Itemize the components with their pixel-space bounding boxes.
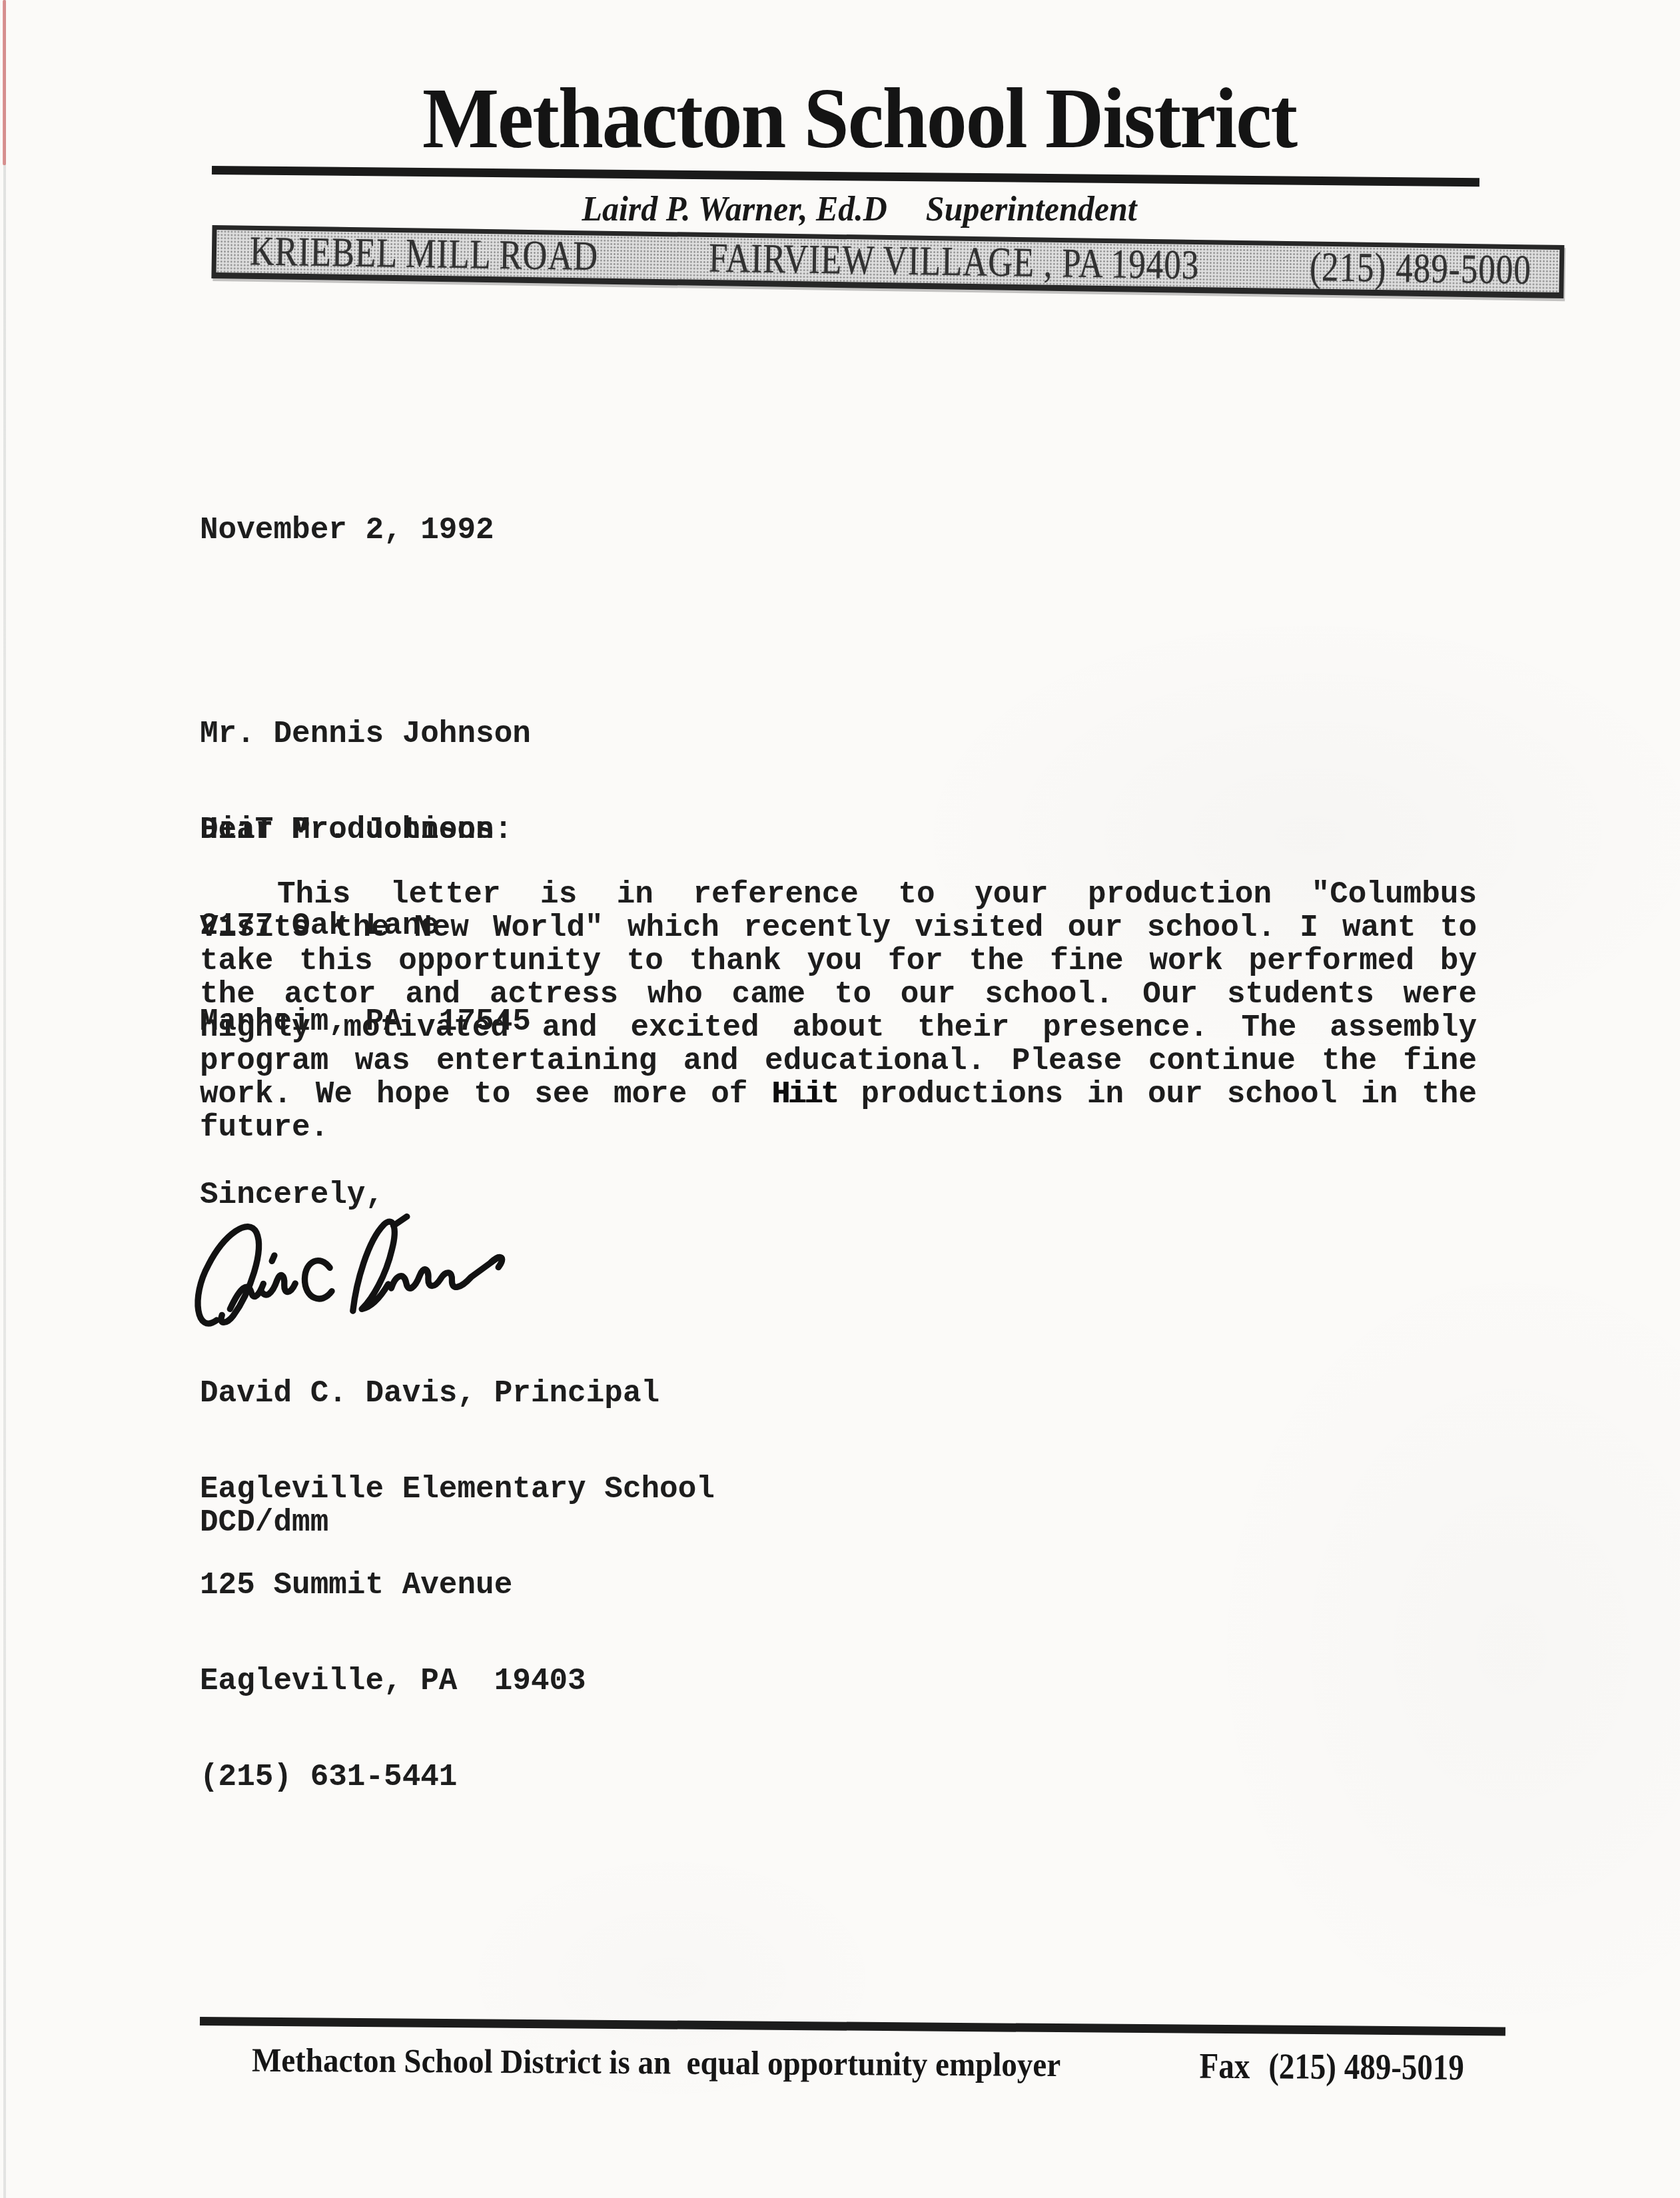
fax-label: Fax xyxy=(1199,2045,1250,2087)
address-bar-road: KRIEBEL MILL ROAD xyxy=(249,228,598,280)
letterhead-address-bar: KRIEBEL MILL ROAD FAIRVIEW VILLAGE , PA … xyxy=(211,225,1564,298)
body-line-text: work. We hope to see more of xyxy=(200,1077,771,1112)
body-line: take this opportunity to thank you for t… xyxy=(200,944,1477,978)
fax-number: (215) 489-5019 xyxy=(1268,2045,1464,2089)
footer: Methacton School District is an equal op… xyxy=(200,2042,1505,2086)
equal-opportunity-text: Methacton School District is an equal op… xyxy=(252,2041,1060,2085)
signer-identity-block: David C. Davis, Principal Eagleville Ele… xyxy=(200,1313,715,1857)
scan-edge-artifact xyxy=(3,0,6,2198)
body-line-text: productions in our school in the xyxy=(837,1077,1477,1112)
signer-line: (215) 631-5441 xyxy=(200,1761,715,1793)
letter-page: Methacton School District Laird P. Warne… xyxy=(0,0,1680,2198)
signer-line: 125 Summit Avenue xyxy=(200,1569,715,1601)
salutation-line: Dear Mr. Johnson: xyxy=(200,814,512,846)
body-line-with-correction: work. We hope to see more of Hiit produc… xyxy=(200,1078,1477,1111)
body-line: program was entertaining and educational… xyxy=(200,1044,1477,1078)
typist-initials: DCD/dmm xyxy=(200,1507,328,1539)
signer-line: David C. Davis, Principal xyxy=(200,1377,715,1409)
body-line: highly motivated and excited about their… xyxy=(200,1011,1477,1044)
body-line: Visits the New World" which recently vis… xyxy=(200,911,1477,944)
superintendent-name: Laird P. Warner, Ed.D xyxy=(582,188,887,229)
body-line: future. xyxy=(200,1111,1477,1144)
recipient-line: Mr. Dennis Johnson xyxy=(200,718,531,750)
superintendent-line: Laird P. Warner, Ed.D Superintendent xyxy=(220,188,1499,229)
signer-line: Eagleville Elementary School xyxy=(200,1473,715,1505)
fax-info: Fax (215) 489-5019 xyxy=(1199,2047,1464,2087)
superintendent-title: Superintendent xyxy=(926,188,1137,229)
address-bar-city: FAIRVIEW VILLAGE , PA 19403 xyxy=(708,235,1199,290)
body-line: This letter is in reference to your prod… xyxy=(200,878,1477,911)
hand-corrected-word: Hiit xyxy=(771,1077,837,1112)
scan-edge-red-mark xyxy=(3,0,6,165)
district-name-title: Methacton School District xyxy=(220,69,1499,168)
signer-line: Eagleville, PA 19403 xyxy=(200,1665,715,1697)
footer-rule xyxy=(200,2017,1505,2035)
body-line: the actor and actress who came to our sc… xyxy=(200,978,1477,1011)
body-paragraph: This letter is in reference to your prod… xyxy=(200,878,1477,1144)
title-underline-rule xyxy=(212,166,1479,186)
date-line: November 2, 1992 xyxy=(200,514,494,546)
address-bar-phone: (215) 489-5000 xyxy=(1310,244,1532,294)
